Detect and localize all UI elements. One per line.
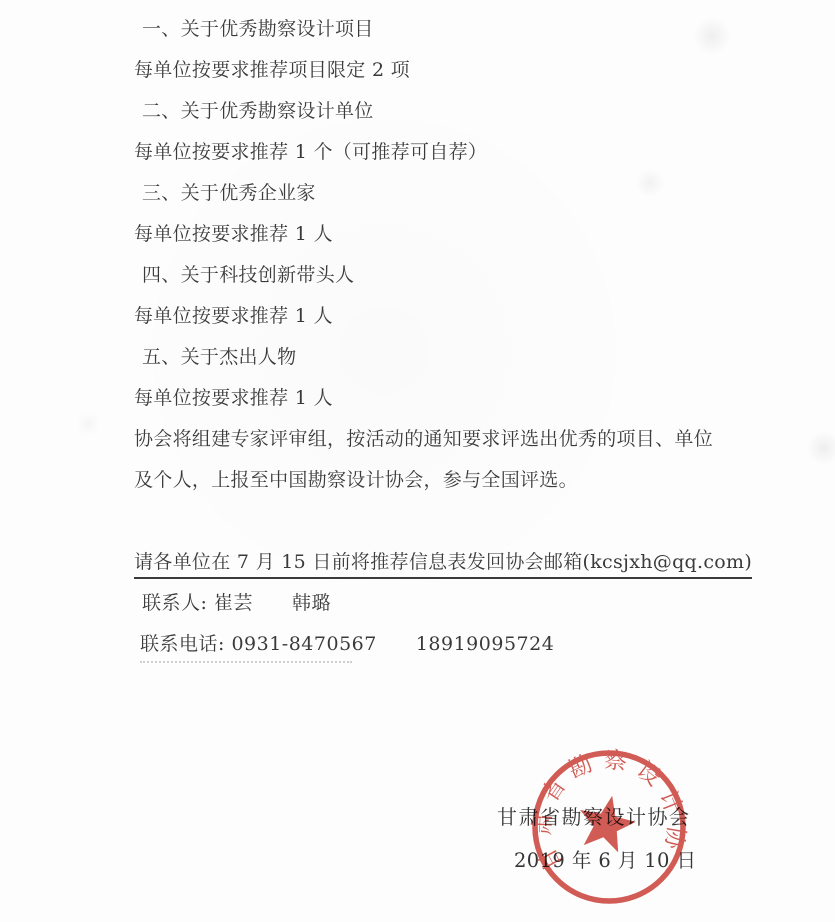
section-heading: 一、关于优秀勘察设计项目 — [134, 9, 734, 50]
contact-persons-line: 联系人: 崔芸 韩璐 — [142, 583, 331, 624]
section-heading: 二、关于优秀勘察设计单位 — [134, 91, 734, 132]
body-line: 每单位按要求推荐 1 人 — [134, 214, 734, 255]
signature-date: 2019 年 6 月 10 日 — [514, 845, 696, 873]
document-body: 一、关于优秀勘察设计项目每单位按要求推荐项目限定 2 项二、关于优秀勘察设计单位… — [134, 9, 734, 501]
section-heading: 三、关于优秀企业家 — [134, 173, 734, 214]
section-heading: 四、关于科技创新带头人 — [134, 255, 734, 296]
section-heading: 五、关于杰出人物 — [134, 337, 734, 378]
contact-phones-line: 联系电话: 0931-8470567 18919095724 — [140, 624, 554, 665]
notice-deadline-line: 请各单位在 7 月 15 日前将推荐信息表发回协会邮箱(kcsjxh@qq.co… — [134, 542, 752, 583]
signature-organization: 甘肃省勘察设计协会 — [497, 801, 691, 830]
underlined-notice-text: 请各单位在 7 月 15 日前将推荐信息表发回协会邮箱(kcsjxh@qq.co… — [134, 551, 752, 579]
body-line: 每单位按要求推荐 1 个（可推荐可自荐） — [134, 132, 734, 173]
body-line: 每单位按要求推荐项目限定 2 项 — [134, 50, 734, 91]
scanned-notice-page: { "page": { "background": "#fdfdfd", "te… — [0, 0, 835, 922]
body-line: 每单位按要求推荐 1 人 — [134, 296, 734, 337]
body-line: 及个人，上报至中国勘察设计协会，参与全国评选。 — [134, 460, 734, 501]
body-line: 每单位按要求推荐 1 人 — [134, 378, 734, 419]
body-line: 协会将组建专家评审组，按活动的通知要求评选出优秀的项目、单位 — [134, 419, 734, 460]
